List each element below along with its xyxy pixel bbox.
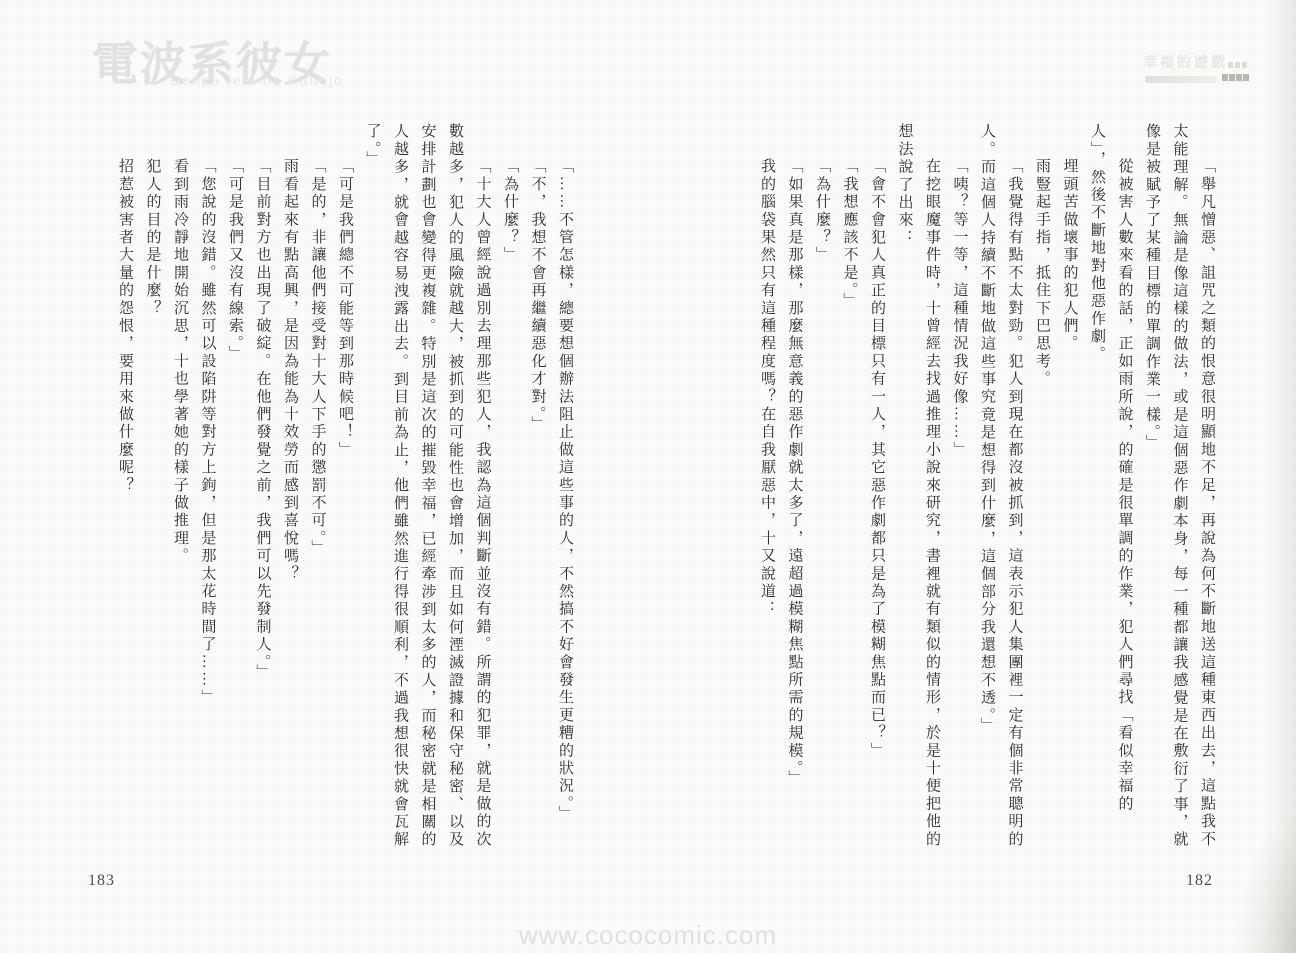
watermark: www.cococomic.com	[519, 920, 777, 951]
volume-logo-subtext	[1145, 76, 1217, 83]
scan-edge-shadow	[1266, 0, 1296, 953]
volume-badge-marks-light	[1228, 62, 1247, 68]
paragraph: 我的腦袋果然只有這種程度嗎？在自我厭惡中，十又說道：	[753, 123, 781, 853]
series-logo-romaji: Denpa teki na Kanojo	[170, 72, 344, 88]
paragraph: 「您說的沒錯。雖然可以設陷阱等對方上鉤，但是那太花時間了……」	[193, 123, 221, 853]
page-number-182: 182	[1186, 872, 1213, 890]
paragraph: 「可是我們又沒有線索。」	[221, 123, 249, 853]
book-scan-page: 電波系彼女 Denpa teki na Kanojo 幸福的遊戲 「舉凡憎惡、詛…	[0, 0, 1296, 953]
paragraph: 「目前對方也出現了破綻。在他們發覺之前，我們可以先發制人。」	[248, 123, 276, 853]
paragraph: 「我覺得有點不太對勁。犯人到現在都沒被抓到，這表示犯人集團裡一定有個非常聰明的人…	[973, 123, 1028, 853]
paragraph: 「為什麼？」	[496, 123, 524, 853]
paragraph: 「我想應該不是。」	[835, 123, 863, 853]
paragraph: 犯人的目的是什麼？	[138, 123, 166, 853]
paragraph: 「會不會犯人真正的目標只有一人，其它惡作劇都只是為了模糊焦點而已？」	[863, 123, 891, 853]
paragraph: 埋頭苦做壞事的犯人們。	[1055, 123, 1083, 853]
paragraph: 「為什麼？」	[808, 123, 836, 853]
page-182-text: 「舉凡憎惡、詛咒之類的恨意很明顯地不足，再說為何不斷地送這種東西出去，這點我不太…	[753, 123, 1221, 853]
paragraph: 「可是我們總不可能等到那時候吧！」	[331, 123, 359, 853]
page-183-text: 「……不管怎樣，總要想個辦法阻止做這些事的人，不然搞不好會發生更糟的狀況。」「不…	[111, 123, 579, 853]
paragraph: 「十大人曾經說過別去理那些犯人，我認為這個判斷並沒有錯。所謂的犯罪，就是做的次數…	[358, 123, 496, 853]
paragraph: 雨豎起手指，抵住下巴思考。	[1028, 123, 1056, 853]
paragraph: 「如果真是那樣，那麼無意義的惡作劇就太多了，遠超過模糊焦點所需的規模。」	[780, 123, 808, 853]
paragraph: 雨看起來有點高興，是因為能為十效勞而感到喜悅嗎？	[276, 123, 304, 853]
paragraph: 看到雨冷靜地開始沉思，十也學著她的樣子做推理。	[166, 123, 194, 853]
paragraph: 在挖眼魔事件時，十曾經去找過推理小說來研究，書裡就有類似的情形，於是十便把他的想…	[890, 123, 945, 853]
page-number-183: 183	[88, 872, 115, 890]
paragraph: 從被害人數來看的話，正如雨所說，的確是很單調的作業，犯人們尋找「看似幸福的人」，…	[1083, 123, 1138, 853]
paragraph: 「……不管怎樣，總要想個辦法阻止做這些事的人，不然搞不好會發生更糟的狀況。」	[551, 123, 579, 853]
paragraph: 「舉凡憎惡、詛咒之類的恨意很明顯地不足，再說為何不斷地送這種東西出去，這點我不太…	[1138, 123, 1221, 853]
paragraph: 招惹被害者大量的怨恨，要用來做什麼呢？	[111, 123, 139, 853]
volume-logo: 幸福的遊戲	[1143, 52, 1228, 72]
volume-badge-marks	[1222, 74, 1249, 81]
paragraph: 「是的，非讓他們接受對十大人下手的懲罰不可。」	[303, 123, 331, 853]
scan-corner-shadow	[1236, 813, 1296, 953]
paragraph: 「不，我想不會再繼續惡化才對。」	[523, 123, 551, 853]
paragraph: 「咦？等一等，這種情況我好像……」	[945, 123, 973, 853]
